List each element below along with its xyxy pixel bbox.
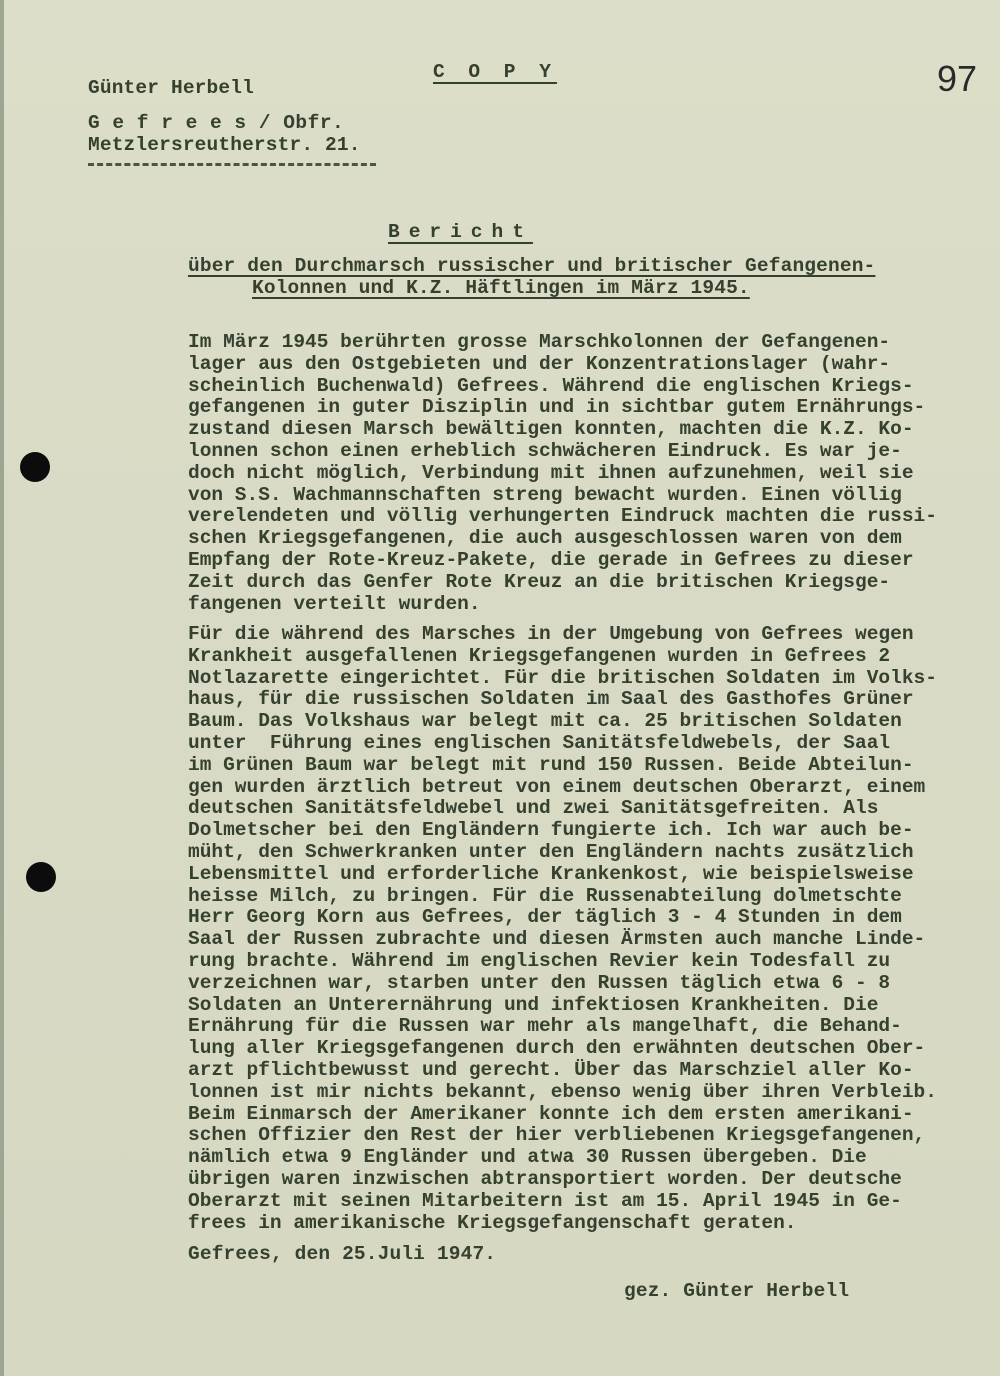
text-line: scheinlich Buchenwald) Gefrees. Während … xyxy=(188,376,988,398)
page-edge xyxy=(0,0,4,1376)
sender-name: Günter Herbell xyxy=(88,78,254,100)
text-line: deutschen Sanitätsfeldwebel und zwei San… xyxy=(188,798,988,820)
text-line: Beim Einmarsch der Amerikaner konnte ich… xyxy=(188,1104,988,1126)
text-line: zustand diesen Marsch bewältigen konnten… xyxy=(188,419,988,441)
signature: gez. Günter Herbell xyxy=(624,1281,849,1303)
text-line: Krankheit ausgefallenen Kriegsgefangenen… xyxy=(188,646,988,668)
text-line: von S.S. Wachmannschaften streng bewacht… xyxy=(188,485,988,507)
text-line: Soldaten an Unterernährung und infektios… xyxy=(188,995,988,1017)
text-line: rung brachte. Während im englischen Revi… xyxy=(188,951,988,973)
sender-street: Metzlersreutherstr. 21. xyxy=(88,135,361,157)
divider xyxy=(88,163,376,166)
text-line: schen Offizier den Rest der hier verblie… xyxy=(188,1125,988,1147)
report-subtitle-line-2: Kolonnen und K.Z. Häftlingen im März 194… xyxy=(252,278,750,300)
report-title: Bericht xyxy=(388,222,533,244)
text-line: unter Führung eines englischen Sanitätsf… xyxy=(188,733,988,755)
text-line: lonnen schon einen erheblich schwächeren… xyxy=(188,441,988,463)
text-line: Herr Georg Korn aus Gefrees, der täglich… xyxy=(188,907,988,929)
text-line: Saal der Russen zubrachte und diesen Ärm… xyxy=(188,929,988,951)
text-line: Baum. Das Volkshaus war belegt mit ca. 2… xyxy=(188,711,988,733)
text-line: Zeit durch das Genfer Rote Kreuz an die … xyxy=(188,572,988,594)
text-line: haus, für die russischen Soldaten im Saa… xyxy=(188,689,988,711)
text-line: Dolmetscher bei den Engländern fungierte… xyxy=(188,820,988,842)
place-date: Gefrees, den 25.Juli 1947. xyxy=(188,1244,496,1266)
copy-stamp: C O P Y xyxy=(433,62,557,84)
text-line: Für die während des Marsches in der Umge… xyxy=(188,624,988,646)
text-line: im Grünen Baum war belegt mit rund 150 R… xyxy=(188,755,988,777)
text-line: Notlazarette eingerichtet. Für die briti… xyxy=(188,668,988,690)
sender-city: G e f r e e s / Obfr. xyxy=(88,113,344,135)
text-line: Oberarzt mit seinen Mitarbeitern ist am … xyxy=(188,1191,988,1213)
text-line: lung aller Kriegsgefangenen durch den er… xyxy=(188,1038,988,1060)
paragraph-2: Für die während des Marsches in der Umge… xyxy=(188,624,988,1234)
text-line: Im März 1945 berührten grosse Marschkolo… xyxy=(188,332,988,354)
text-line: arzt pflichtbewusst und gerecht. Über da… xyxy=(188,1060,988,1082)
document-page: Günter Herbell G e f r e e s / Obfr. Met… xyxy=(0,0,1000,1376)
text-line: heisse Milch, zu bringen. Für die Russen… xyxy=(188,886,988,908)
punch-hole-icon xyxy=(20,452,50,482)
text-line: übrigen waren inzwischen abtransportiert… xyxy=(188,1169,988,1191)
text-line: lager aus den Ostgebieten und der Konzen… xyxy=(188,354,988,376)
text-line: Empfang der Rote-Kreuz-Pakete, die gerad… xyxy=(188,550,988,572)
report-subtitle-line-1: über den Durchmarsch russischer und brit… xyxy=(188,256,875,278)
text-line: verzeichnen war, starben unter den Russe… xyxy=(188,973,988,995)
text-line: Ernährung für die Russen war mehr als ma… xyxy=(188,1016,988,1038)
text-line: müht, den Schwerkranken unter den Englän… xyxy=(188,842,988,864)
text-line: frees in amerikanische Kriegsgefangensch… xyxy=(188,1213,988,1235)
text-line: Lebensmittel und erforderliche Krankenko… xyxy=(188,864,988,886)
text-line: schen Kriegsgefangenen, die auch ausgesc… xyxy=(188,528,988,550)
text-line: lonnen ist mir nichts bekannt, ebenso we… xyxy=(188,1082,988,1104)
text-line: nämlich etwa 9 Engländer und atwa 30 Rus… xyxy=(188,1147,988,1169)
page-number: 97 xyxy=(937,58,977,100)
paragraph-1: Im März 1945 berührten grosse Marschkolo… xyxy=(188,332,988,615)
text-line: verelendeten und völlig verhungerten Ein… xyxy=(188,506,988,528)
text-line: doch nicht möglich, Verbindung mit ihnen… xyxy=(188,463,988,485)
text-line: fangenen verteilt wurden. xyxy=(188,594,988,616)
punch-hole-icon xyxy=(26,862,56,892)
text-line: gefangenen in guter Disziplin und in sic… xyxy=(188,397,988,419)
text-line: gen wurden ärztlich betreut von einem de… xyxy=(188,777,988,799)
